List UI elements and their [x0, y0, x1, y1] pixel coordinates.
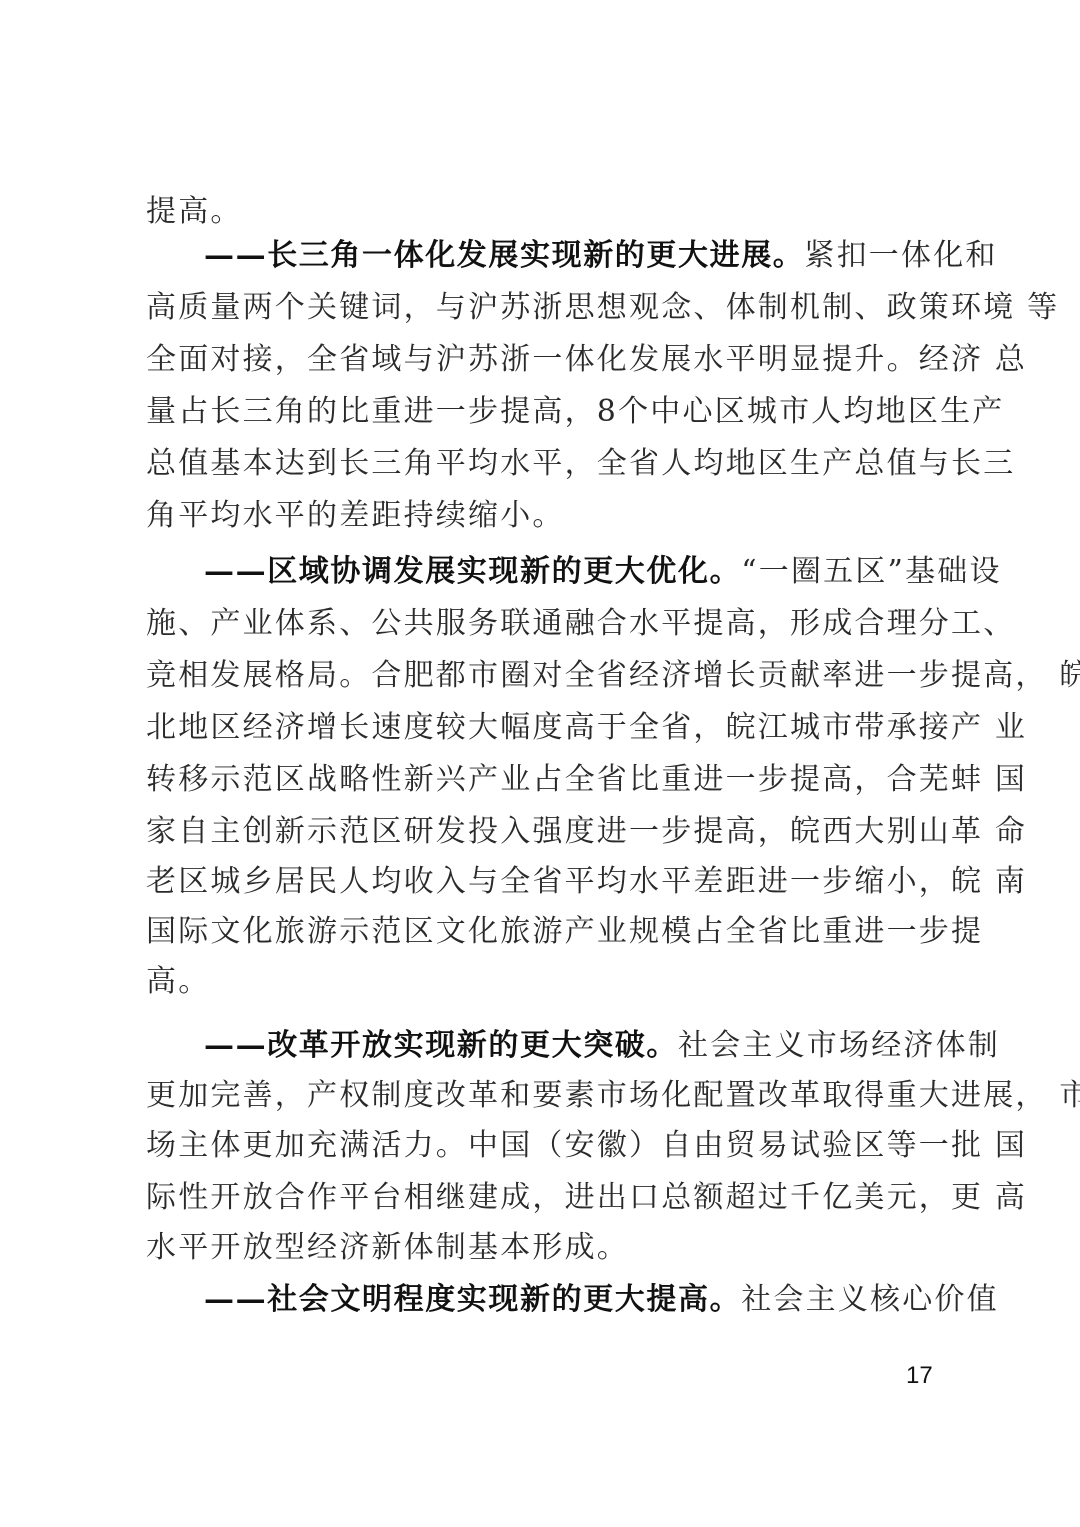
body-line: 高质量两个关键词，与沪苏浙思想观念、体制机制、政策环境 等 [146, 288, 946, 328]
section-heading-line: ——社会文明程度实现新的更大提高。社会主义核心价值 [204, 1280, 1004, 1320]
body-text: 竞相发展格局。合肥都市圈对全省经济增长贡献率进一步提高， 皖 [146, 658, 1080, 693]
body-line: 施、产业体系、公共服务联通融合水平提高，形成合理分工、 [146, 604, 946, 644]
section-heading: ——社会文明程度实现新的更大提高。 [204, 1282, 741, 1317]
body-line: 国际文化旅游示范区文化旅游产业规模占全省比重进一步提 [146, 912, 946, 952]
body-text: 社会主义市场经济体制 [678, 1028, 1000, 1063]
body-text: 老区城乡居民人均收入与全省平均水平差距进一步缩小，皖 南 [146, 864, 1027, 899]
body-text: 场主体更加充满活力。中国（安徽）自由贸易试验区等一批 国 [146, 1128, 1027, 1163]
body-text: 际性开放合作平台相继建成，进出口总额超过千亿美元，更 高 [146, 1180, 1027, 1215]
body-line: 家自主创新示范区研发投入强度进一步提高，皖西大别山革 命 [146, 812, 946, 852]
body-line: 更加完善，产权制度改革和要素市场化配置改革取得重大进展， 市 [146, 1076, 946, 1116]
body-text: 家自主创新示范区研发投入强度进一步提高，皖西大别山革 命 [146, 814, 1027, 849]
body-text: 施、产业体系、公共服务联通融合水平提高，形成合理分工、 [146, 606, 1015, 641]
body-text: 转移示范区战略性新兴产业占全省比重进一步提高，合芜蚌 国 [146, 762, 1027, 797]
body-text: 全面对接，全省域与沪苏浙一体化发展水平明显提升。经济 总 [146, 342, 1027, 377]
body-line: 提高。 [146, 192, 946, 232]
body-line: 高。 [146, 962, 946, 1002]
body-line: 量占长三角的比重进一步提高，8个中心区城市人均地区生产 [146, 392, 946, 432]
body-text: 高质量两个关键词，与沪苏浙思想观念、体制机制、政策环境 等 [146, 290, 1059, 325]
body-line: 老区城乡居民人均收入与全省平均水平差距进一步缩小，皖 南 [146, 862, 946, 902]
body-text: 社会主义核心价值 [741, 1282, 999, 1317]
body-line: 水平开放型经济新体制基本形成。 [146, 1228, 946, 1268]
body-text: 总值基本达到长三角平均水平，全省人均地区生产总值与长三 [146, 446, 1015, 481]
section-heading: ——区域协调发展实现新的更大优化。 [204, 554, 741, 589]
body-text: 更加完善，产权制度改革和要素市场化配置改革取得重大进展， 市 [146, 1078, 1080, 1113]
document-page: 提高。 ——长三角一体化发展实现新的更大进展。紧扣一体化和 高质量两个关键词，与… [0, 0, 1080, 1527]
body-line: 全面对接，全省域与沪苏浙一体化发展水平明显提升。经济 总 [146, 340, 946, 380]
section-heading-line: ——区域协调发展实现新的更大优化。“一圈五区”基础设 [204, 552, 1004, 592]
body-line: 角平均水平的差距持续缩小。 [146, 496, 946, 536]
body-line: 际性开放合作平台相继建成，进出口总额超过千亿美元，更 高 [146, 1178, 946, 1218]
body-text: 提高。 [146, 194, 243, 229]
body-line: 竞相发展格局。合肥都市圈对全省经济增长贡献率进一步提高， 皖 [146, 656, 946, 696]
body-line: 场主体更加充满活力。中国（安徽）自由贸易试验区等一批 国 [146, 1126, 946, 1166]
body-line: 总值基本达到长三角平均水平，全省人均地区生产总值与长三 [146, 444, 946, 484]
section-heading: ——长三角一体化发展实现新的更大进展。 [204, 238, 804, 273]
section-heading-line: ——长三角一体化发展实现新的更大进展。紧扣一体化和 [204, 236, 1004, 276]
page-number: 17 [906, 1362, 933, 1390]
body-text: 水平开放型经济新体制基本形成。 [146, 1230, 629, 1265]
body-text: 量占长三角的比重进一步提高，8个中心区城市人均地区生产 [146, 394, 1005, 429]
body-text: “一圈五区”基础设 [741, 554, 1001, 589]
body-text: 角平均水平的差距持续缩小。 [146, 498, 565, 533]
section-heading: ——改革开放实现新的更大突破。 [204, 1028, 678, 1063]
body-text: 国际文化旅游示范区文化旅游产业规模占全省比重进一步提 [146, 914, 983, 949]
body-text: 高。 [146, 964, 210, 999]
section-heading-line: ——改革开放实现新的更大突破。社会主义市场经济体制 [204, 1026, 1004, 1066]
body-text: 紧扣一体化和 [804, 238, 997, 273]
body-line: 转移示范区战略性新兴产业占全省比重进一步提高，合芜蚌 国 [146, 760, 946, 800]
body-line: 北地区经济增长速度较大幅度高于全省，皖江城市带承接产 业 [146, 708, 946, 748]
body-text: 北地区经济增长速度较大幅度高于全省，皖江城市带承接产 业 [146, 710, 1027, 745]
